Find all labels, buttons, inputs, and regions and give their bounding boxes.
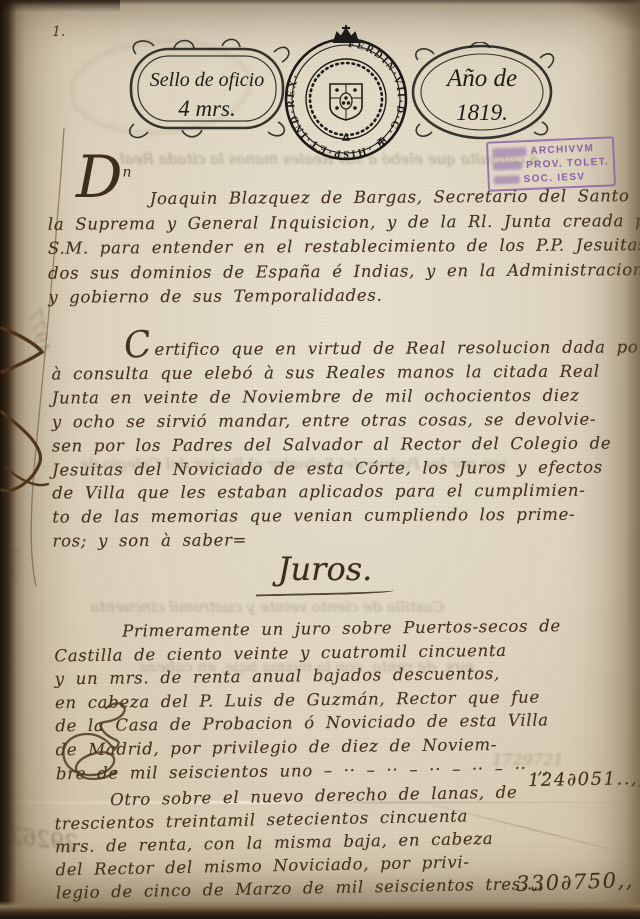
stamp-smudge [493,161,522,170]
manuscript-line: y gobierno de sus Temporalidades. [48,282,618,310]
amount-second-juro: 330∂750,, [516,868,635,896]
manuscript-line: de Villa que les estaban aplicados para … [52,479,617,506]
sello-stamp-frame: Sello de oficio 4 mrs. [122,36,292,141]
bleedthrough-text: Castilla de ciento veinte y cuatromil ci… [90,598,444,616]
manuscript-page: à consulta que elebó à sus Reales manos … [0,0,640,919]
manuscript-line: S.M. para entender en el restablecimient… [48,233,618,261]
stamp-smudge [492,147,526,157]
initial-superscript: n [123,165,132,181]
heading-underline [256,588,394,597]
sello-stamp-line1: Sello de oficio [150,69,264,91]
stamp-sello-de-oficio: Sello de oficio 4 mrs. [122,36,292,141]
archive-stamp-line2: PROV. TOLET. [526,156,609,171]
manuscript-line: y ocho se sirvió mandar, entre otras cos… [52,407,617,434]
ano-stamp-line2: 1819. [456,100,508,125]
manuscript-line: à consulta que elebó à sus Reales manos … [52,359,617,386]
paper-edge-bottom [0,901,640,919]
royal-coat-of-arms-seal: FERDIN·VII·D·G· ✠ ·HISP·ET·IND·REX· [280,22,412,164]
archive-stamp-jesuit: ARCHIVVM PROV. TOLET. SOC. IESV [486,136,616,192]
manuscript-photo: à consulta que elebó à sus Reales manos … [0,0,640,919]
paragraph-intro: Joaquin Blazquez de Bargas, Secretario d… [48,184,619,310]
stamp-ano-de-1819: Año de 1819. [408,42,556,142]
section-heading-juros: Juros. [235,550,415,595]
heading-text: Juros. [278,550,373,588]
paragraph-certification: ertifico que en virtud de Real resolucio… [51,336,617,554]
ano-stamp-line1: Año de [445,65,517,92]
manuscript-line: Junta en veinte de Noviembre de mil ocho… [52,383,617,410]
binding-threads [0,0,60,919]
sello-stamp-line2: 4 mrs. [178,96,236,121]
paper-edge-right [626,0,640,919]
stamp-smudge [493,175,519,184]
manuscript-line: dos sus dominios de España é Indias, y e… [48,258,618,286]
royal-seal-graphic: FERDIN·VII·D·G· ✠ ·HISP·ET·IND·REX· [280,22,412,164]
ano-stamp-frame: Año de 1819. [408,42,556,142]
manuscript-line: sen por los Padres del Salvador al Recto… [52,431,617,458]
manuscript-line: Jesuitas del Noviciado de esta Córte, lo… [52,455,617,482]
manuscript-line: la Suprema y General Inquisicion, y de l… [48,209,618,237]
manuscript-line: ertifico que en virtud de Real resolucio… [51,336,616,363]
archive-stamp-line3: SOC. IESV [523,171,585,185]
archive-stamp-line1: ARCHIVVM [530,143,594,157]
manuscript-line: to de las memorias que venian cumpliendo… [52,503,617,530]
